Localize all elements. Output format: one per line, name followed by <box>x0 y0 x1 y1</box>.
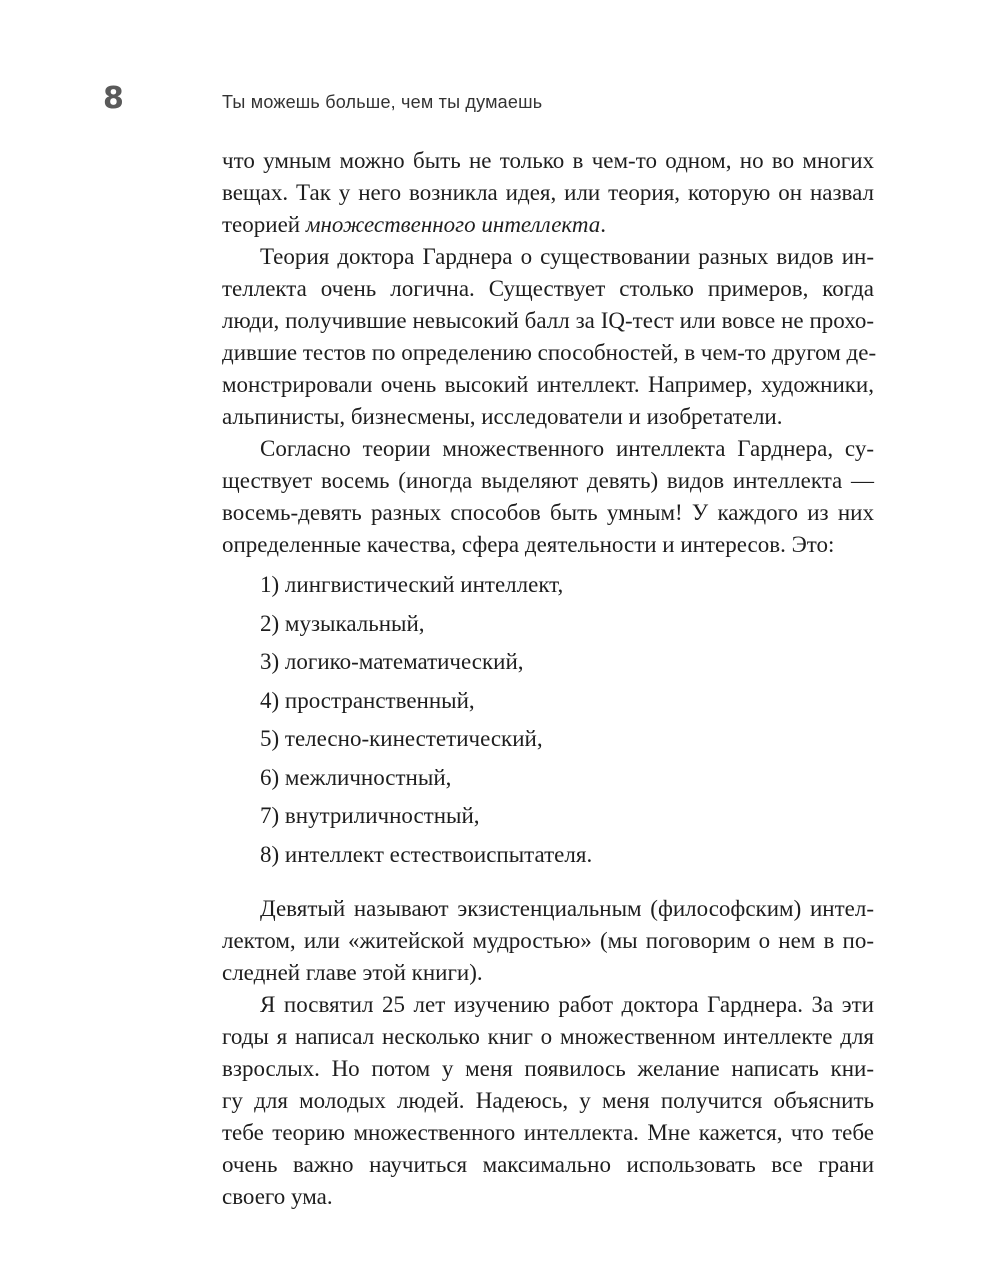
text-line: годы я написал несколько книг о множеств… <box>222 1021 874 1053</box>
spacer <box>222 877 874 893</box>
text-line: Я посвятил 25 лет изучению работ доктора… <box>222 989 874 1021</box>
text-line: монстрировали очень высокий интеллект. Н… <box>222 369 874 401</box>
text-line: тебе теорию множественного интеллекта. М… <box>222 1117 874 1149</box>
list-item: 7) внутриличностный, <box>222 800 874 839</box>
paragraph-continuation: что умным можно быть не только в чем-то … <box>222 145 874 241</box>
italic-term: множественного интеллекта <box>306 212 600 237</box>
text-line: Теория доктора Гарднера о существовании … <box>222 241 874 273</box>
list-item: 6) межличностный, <box>222 762 874 801</box>
text-line: теллекта очень логична. Существует столь… <box>222 273 874 305</box>
running-title: Ты можешь больше, чем ты думаешь <box>222 90 542 114</box>
list-item: 2) музыкальный, <box>222 608 874 647</box>
text-line: очень важно научиться максимально исполь… <box>222 1149 874 1181</box>
paragraph-author-note: Я посвятил 25 лет изучению работ доктора… <box>222 989 874 1213</box>
text-line: определенные качества, сфера деятельност… <box>222 529 874 561</box>
text-line: гу для молодых людей. Надеюсь, у меня по… <box>222 1085 874 1117</box>
list-item: 1) лингвистический интеллект, <box>222 569 874 608</box>
intelligence-types-list: 1) лингвистический интеллект, 2) музыкал… <box>222 569 874 877</box>
text-line: ществует восемь (иногда выделяют девять)… <box>222 465 874 497</box>
page-number: 8 <box>103 82 124 116</box>
text-line: дившие тестов по определению способносте… <box>222 337 874 369</box>
text-line: что умным можно быть не только в чем-то … <box>222 145 874 177</box>
text-line: своего ума. <box>222 1181 874 1213</box>
page-body: что умным можно быть не только в чем-то … <box>222 145 874 1213</box>
list-item: 3) логико-математический, <box>222 646 874 685</box>
list-item: 8) интеллект естествоиспытателя. <box>222 839 874 878</box>
text-line: Согласно теории множественного интеллект… <box>222 433 874 465</box>
paragraph-gardner-theory: Теория доктора Гарднера о существовании … <box>222 241 874 433</box>
text-line: люди, получившие невысокий балл за IQ-те… <box>222 305 874 337</box>
text-line: лектом, или «житейской мудростью» (мы по… <box>222 925 874 957</box>
text-line: альпинисты, бизнесмены, исследователи и … <box>222 401 874 433</box>
list-item: 4) пространственный, <box>222 685 874 724</box>
paragraph-eight-types: Согласно теории множественного интеллект… <box>222 433 874 561</box>
text-fragment: . <box>600 212 606 237</box>
text-line: восемь-девять разных способов быть умным… <box>222 497 874 529</box>
list-item: 5) телесно-кинестетический, <box>222 723 874 762</box>
text-line: взрослых. Но потом у меня появилось жела… <box>222 1053 874 1085</box>
text-line: Девятый называют экзистенциальным (филос… <box>222 893 874 925</box>
paragraph-ninth-type: Девятый называют экзистенциальным (филос… <box>222 893 874 989</box>
text-line: следней главе этой книги). <box>222 957 874 989</box>
text-line: вещах. Так у него возникла идея, или тео… <box>222 177 874 209</box>
text-fragment: теорией <box>222 212 306 237</box>
text-line: теорией множественного интеллекта. <box>222 209 874 241</box>
